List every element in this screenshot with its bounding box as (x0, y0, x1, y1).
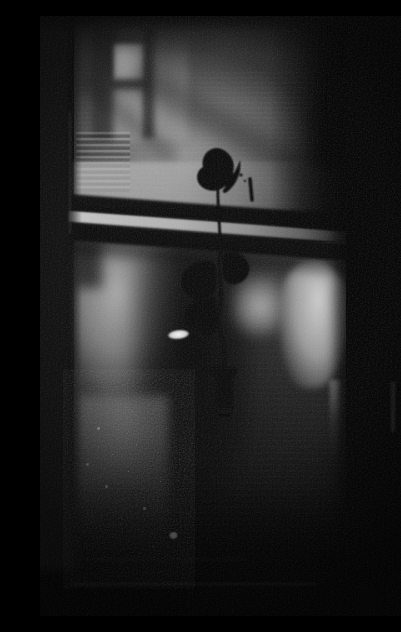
leaf-right (222, 252, 249, 284)
floating-speck (239, 173, 242, 176)
frame-edge-highlight (69, 112, 71, 234)
window-sill-shadow (40, 564, 401, 616)
window-frame-right (346, 16, 401, 616)
floating-speck-2 (244, 180, 246, 182)
sill-faint-line (70, 583, 316, 585)
stem-upper (218, 184, 220, 254)
upper-right-shadow-wedge (302, 16, 350, 168)
faint-vertical-reflection (391, 382, 395, 432)
vase (211, 368, 237, 417)
top-edge-shadow (40, 16, 401, 32)
condensation-droplets (40, 16, 41, 17)
window-frame-left (40, 16, 82, 616)
leaf-left-upper (182, 261, 217, 299)
photograph (40, 16, 401, 616)
rail-twig (250, 179, 252, 200)
